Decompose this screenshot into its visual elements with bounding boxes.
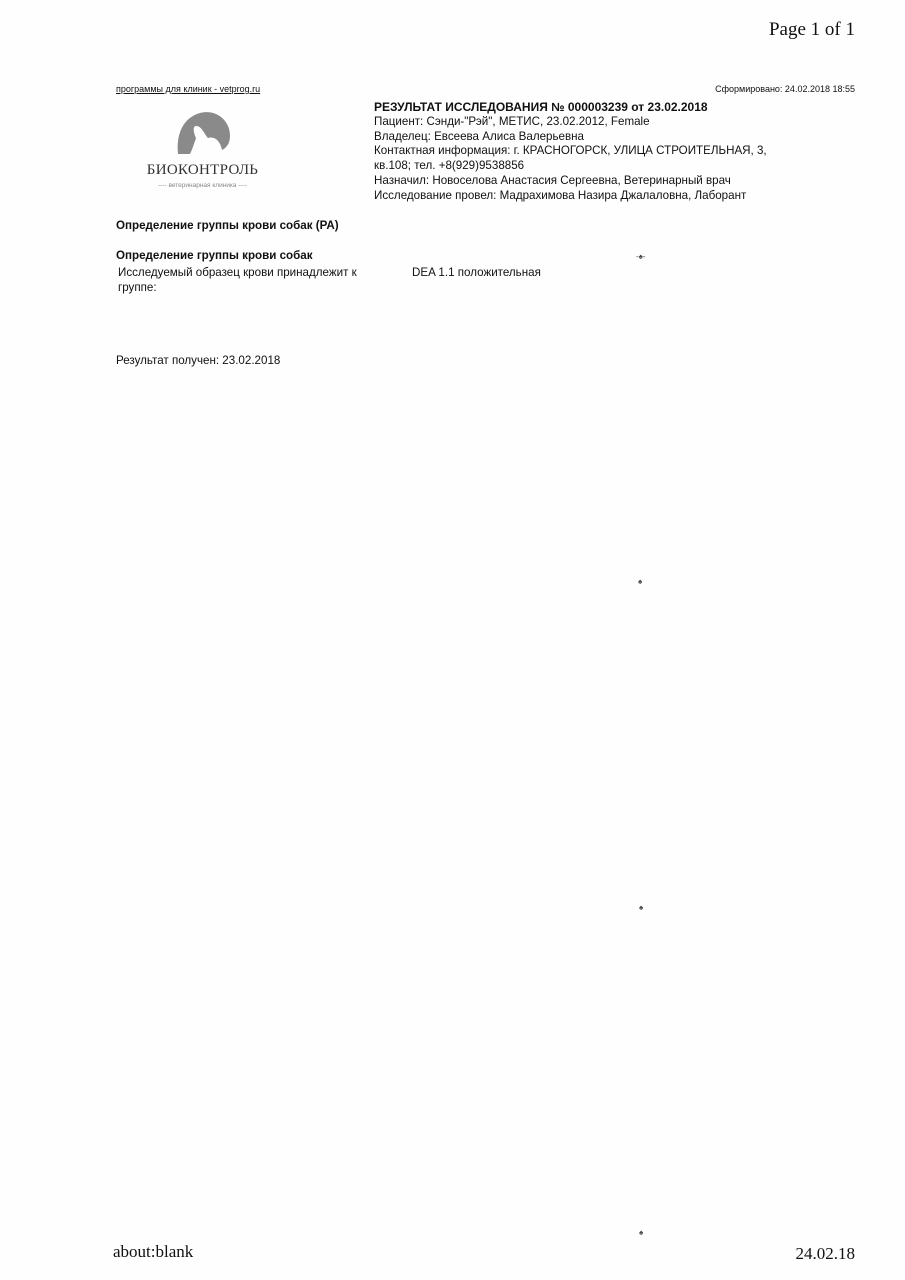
footer-url: about:blank	[113, 1242, 193, 1262]
scan-artifact: ♠	[638, 577, 642, 586]
result-value: DEA 1.1 положительная	[412, 266, 541, 281]
report-title: РЕЗУЛЬТАТ ИССЛЕДОВАНИЯ № 000003239 от 23…	[374, 100, 767, 115]
clinic-logo: БИОКОНТРОЛЬ ---- ветеринарная клиника --…	[140, 108, 265, 194]
scan-artifact: ♠	[639, 903, 643, 912]
contact-info-line2: кв.108; тел. +8(929)9538856	[374, 159, 767, 174]
scan-artifact: ♠	[639, 1228, 643, 1237]
subsection-title: Определение группы крови собак	[116, 249, 313, 262]
dog-silhouette-icon	[174, 110, 232, 156]
patient-info: Пациент: Сэнди-"Рэй", МЕТИС, 23.02.2012,…	[374, 115, 767, 130]
contact-info-line1: Контактная информация: г. КРАСНОГОРСК, У…	[374, 144, 767, 159]
generated-timestamp: Сформировано: 24.02.2018 18:55	[715, 84, 855, 94]
clinic-name: БИОКОНТРОЛЬ	[140, 162, 265, 179]
report-header: РЕЗУЛЬТАТ ИССЛЕДОВАНИЯ № 000003239 от 23…	[374, 100, 767, 204]
assigned-by: Назначил: Новоселова Анастасия Сергеевна…	[374, 174, 767, 189]
section-title: Определение группы крови собак (РА)	[116, 219, 339, 232]
footer-date: 24.02.18	[796, 1244, 856, 1264]
clinic-subtitle: ---- ветеринарная клиника ----	[140, 182, 265, 189]
owner-info: Владелец: Евсеева Алиса Валерьевна	[374, 130, 767, 145]
result-label: Исследуемый образец крови принадлежит к …	[118, 266, 398, 296]
vendor-link[interactable]: программы для клиник - vetprog.ru	[116, 84, 260, 94]
scan-artifact: -♠-	[636, 252, 646, 261]
performed-by: Исследование провел: Мадрахимова Назира …	[374, 189, 767, 204]
page-indicator: Page 1 of 1	[769, 19, 855, 41]
result-received-date: Результат получен: 23.02.2018	[116, 354, 280, 367]
